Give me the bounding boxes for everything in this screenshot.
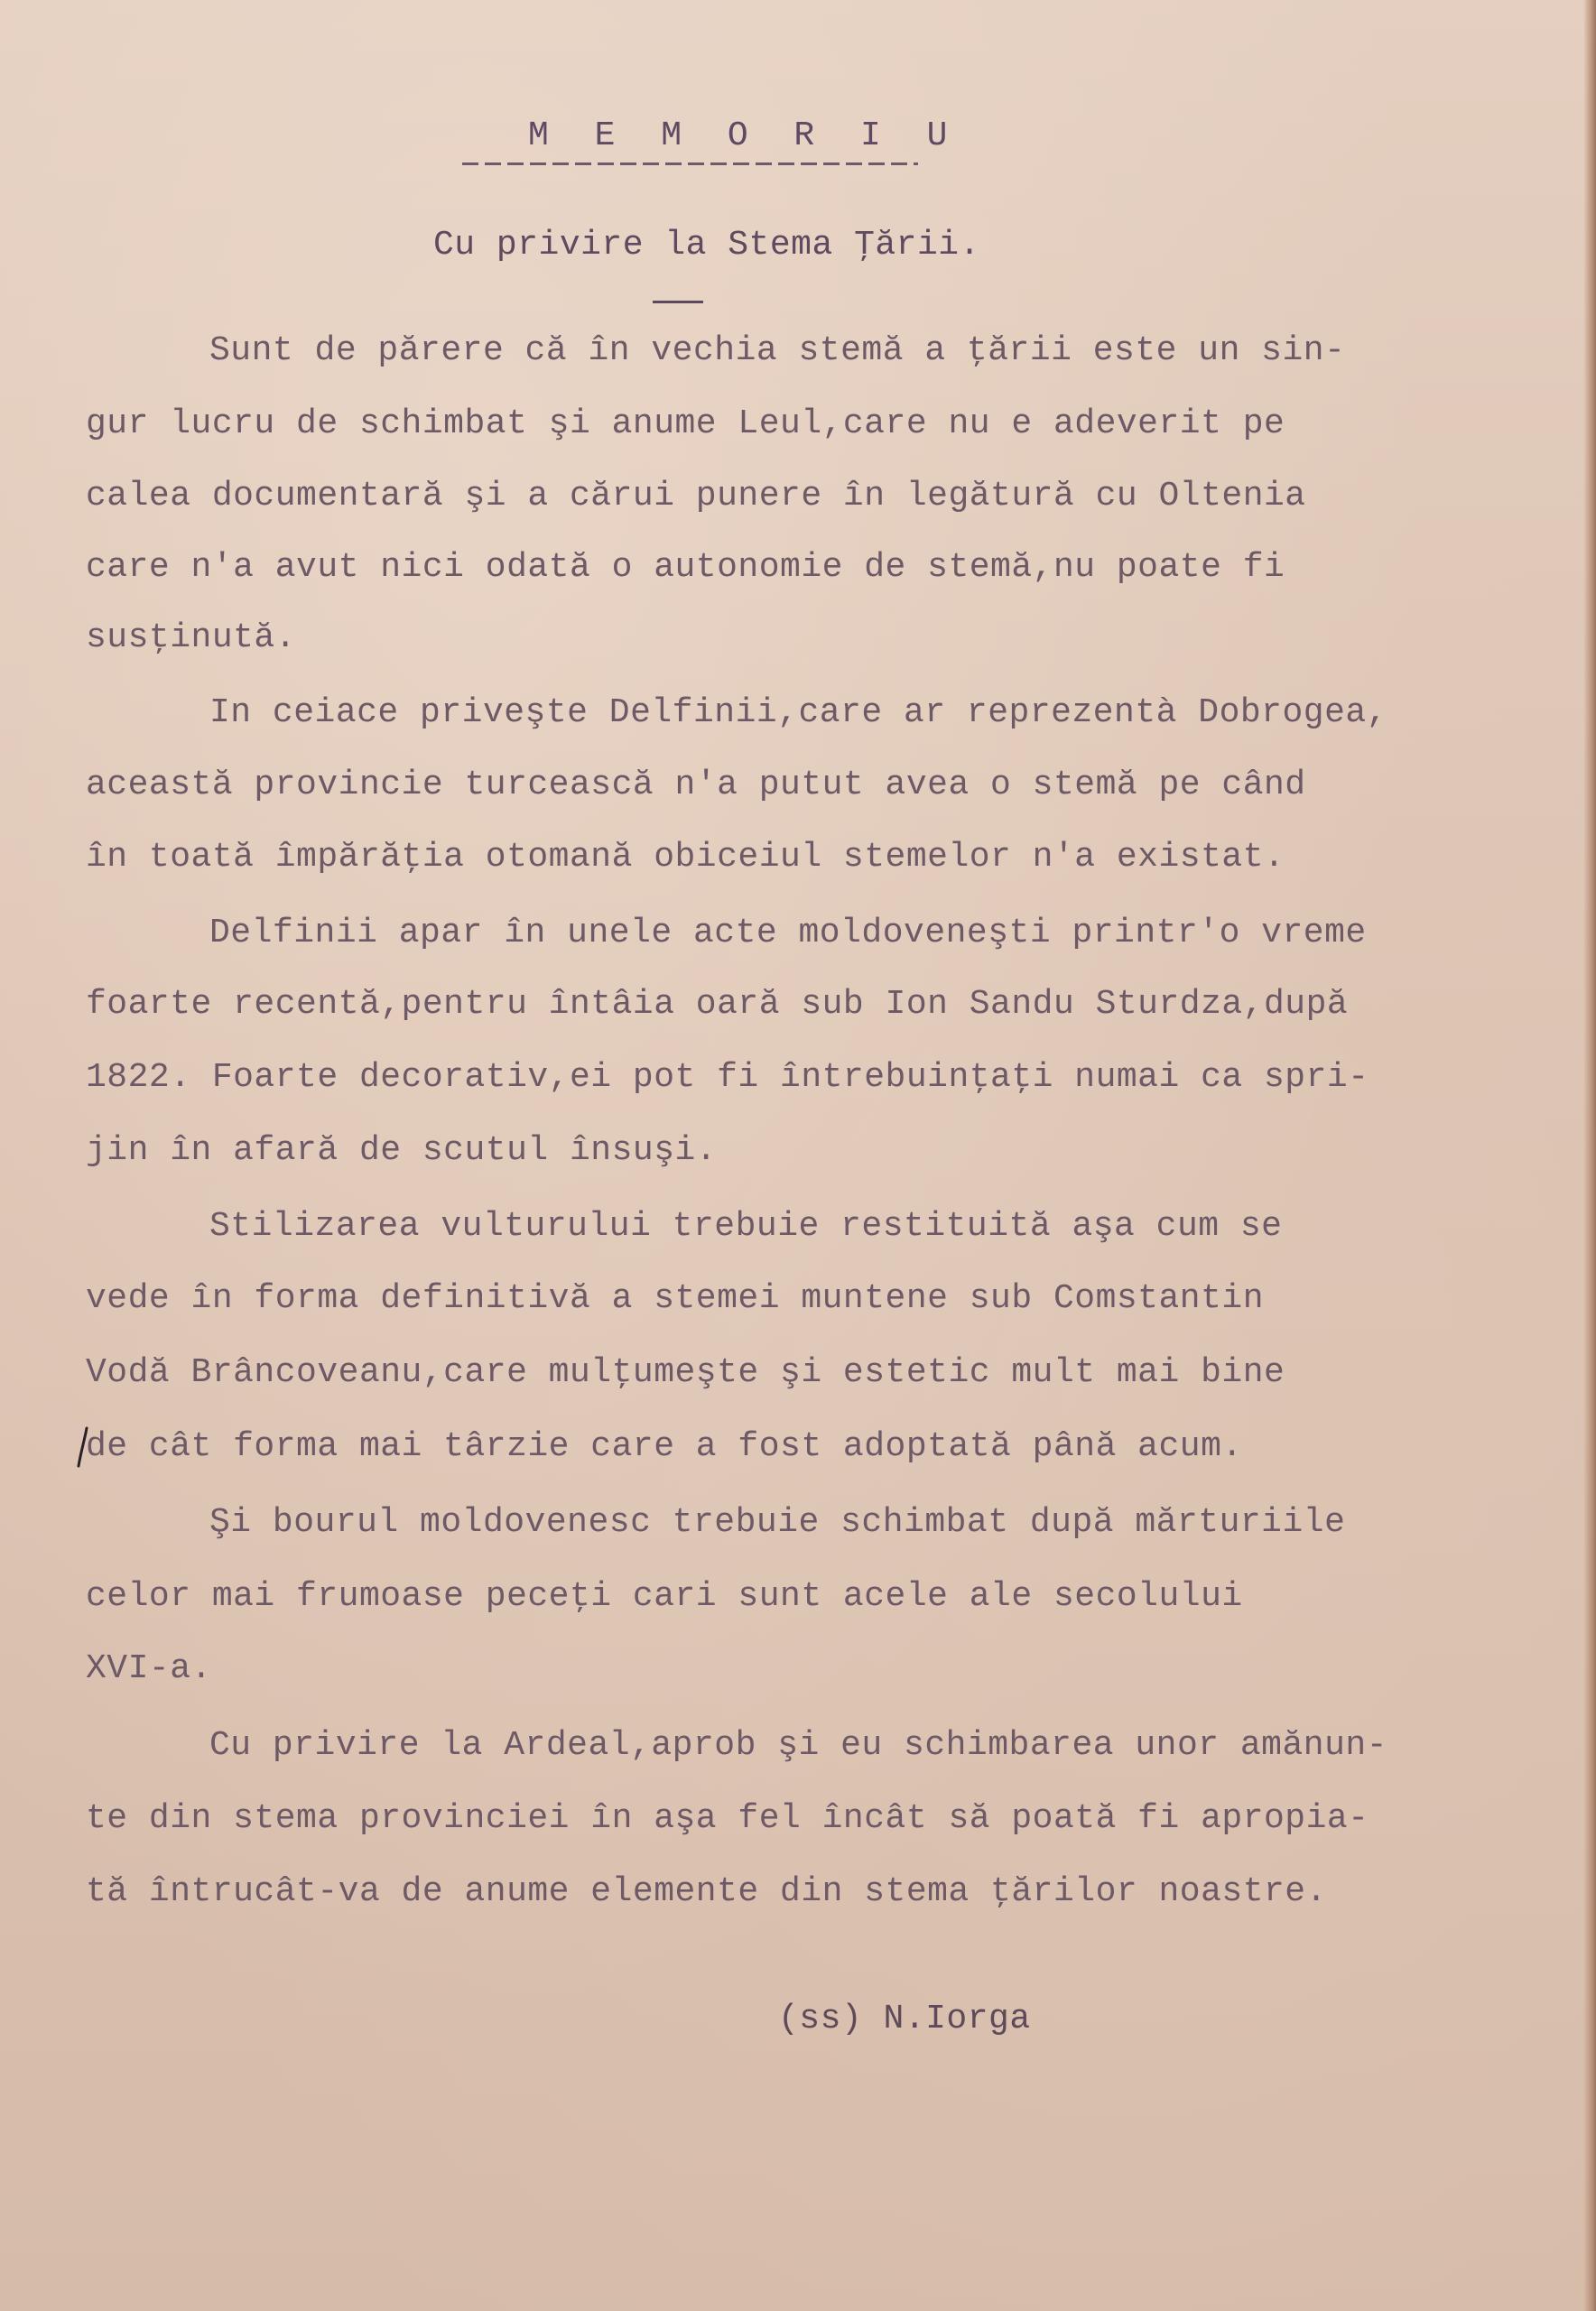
text-line: Delfinii apar în unele acte moldoveneşti… [209, 916, 1367, 951]
text-line: Sunt de părere că în vechia stemă a ţări… [209, 334, 1345, 368]
text-line: Vodă Brâncoveanu,care mulţumeşte şi este… [86, 1356, 1285, 1390]
subtitle-separator [653, 301, 703, 303]
text-line: 1822. Foarte decorativ,ei pot fi întrebu… [86, 1061, 1369, 1095]
text-line: foarte recentă,pentru întâia oară sub Io… [86, 988, 1348, 1022]
signature: (ss) N.Iorga [778, 2002, 1031, 2037]
text-line: Şi bourul moldovenesc trebuie schimbat d… [209, 1506, 1345, 1540]
text-line: susţinută. [86, 621, 296, 655]
text-line: vede în forma definitivă a stemei munten… [86, 1282, 1264, 1316]
text-line: Cu privire la Ardeal,aprob şi eu schimba… [209, 1729, 1387, 1763]
text-line: în toată împărăţia otomană obiceiul stem… [86, 840, 1285, 875]
text-line: celor mai frumoase peceţi cari sunt acel… [86, 1580, 1243, 1614]
text-line: tă întrucât-va de anume elemente din ste… [86, 1875, 1327, 1909]
text-line: gur lucru de schimbat şi anume Leul,care… [86, 407, 1285, 441]
text-line: calea documentară şi a cărui punere în l… [86, 479, 1306, 514]
text-line: Stilizarea vulturului trebuie restituită… [209, 1210, 1283, 1244]
text-line: te din stema provinciei în aşa fel încât… [86, 1802, 1369, 1836]
document-subtitle: Cu privire la Stema Ţării. [433, 228, 980, 263]
text-line: XVI-a. [86, 1652, 212, 1686]
text-line: In ceiace priveşte Delfinii,care ar repr… [209, 696, 1387, 730]
text-line: jin în afară de scutul însuşi. [86, 1134, 717, 1168]
document-title: M E M O R I U [528, 119, 960, 153]
text-line: care n'a avut nici odată o autonomie de … [86, 551, 1285, 585]
title-underline-dashes [462, 162, 918, 165]
text-line: această provincie turcească n'a putut av… [86, 768, 1306, 803]
text-line: de cât forma mai târzie care a fost adop… [86, 1430, 1243, 1464]
handwritten-pen-mark-icon [74, 1426, 90, 1470]
paper-edge [1583, 0, 1596, 2311]
